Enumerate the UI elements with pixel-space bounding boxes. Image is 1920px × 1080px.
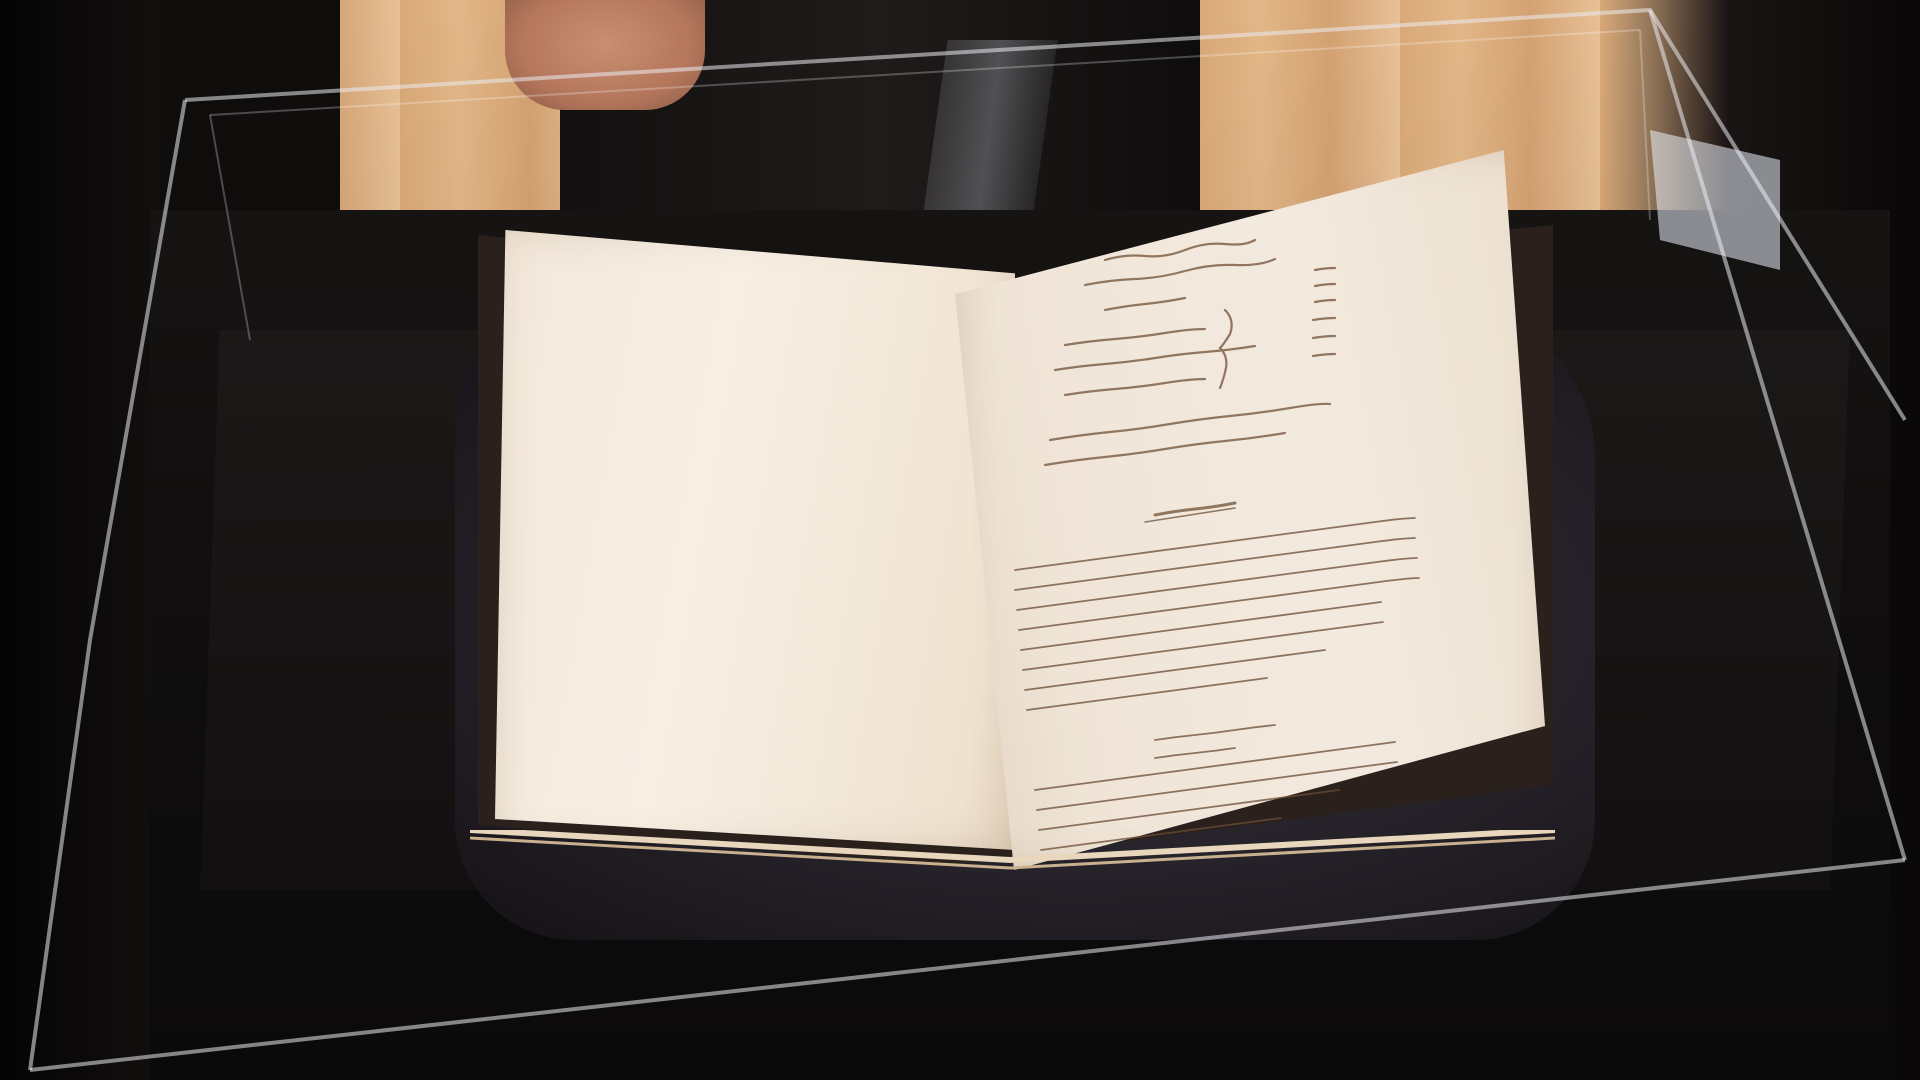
visitor-hand <box>505 0 705 110</box>
page-edges <box>470 830 1555 870</box>
handwriting-lines <box>955 150 1545 870</box>
photo-scene <box>0 0 1920 1080</box>
blank-left-page <box>495 230 1015 850</box>
